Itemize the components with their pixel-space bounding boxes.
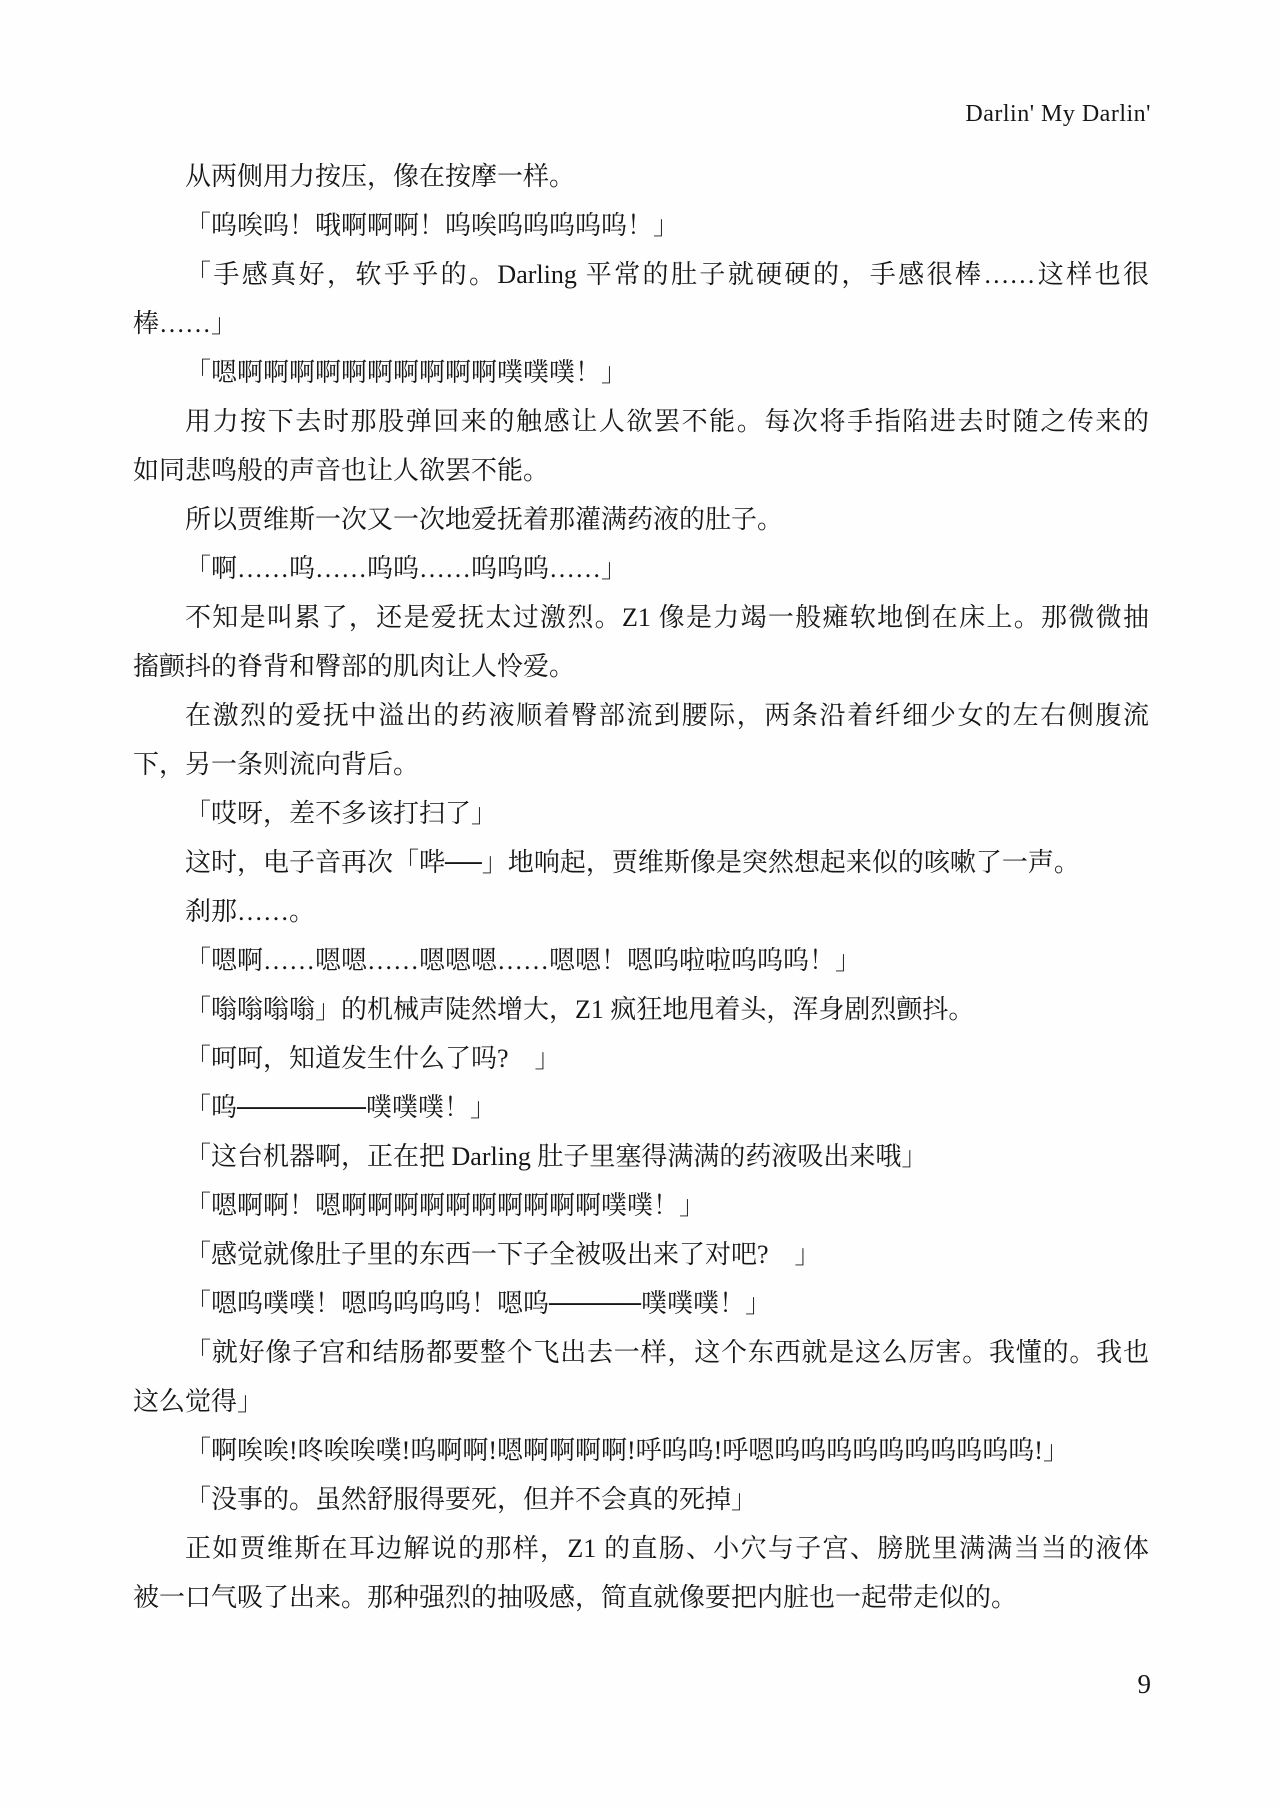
text-line: 搐颤抖的脊背和臀部的肌肉让人怜爱。 [133,642,1149,691]
text-line: 「这台机器啊，正在把 Darling 肚子里塞得满满的药液吸出来哦」 [133,1132,1149,1181]
text-line: 「呵呵，知道发生什么了吗? 」 [133,1034,1149,1083]
text-line: 「就好像子宫和结肠都要整个飞出去一样，这个东西就是这么厉害。我懂的。我也 [133,1328,1149,1377]
text-line: 「呜───────噗噗噗！」 [133,1083,1149,1132]
text-line: 不知是叫累了，还是爱抚太过激烈。Z1 像是力竭一般瘫软地倒在床上。那微微抽 [133,593,1149,642]
text-line: 「嗯啊啊！嗯啊啊啊啊啊啊啊啊啊啊噗噗！」 [133,1181,1149,1230]
text-line: 「手感真好，软乎乎的。Darling 平常的肚子就硬硬的，手感很棒……这样也很 [133,250,1149,299]
text-line: 「啊唉唉!咚唉唉噗!呜啊啊!嗯啊啊啊啊!呼呜呜!呼嗯呜呜呜呜呜呜呜呜呜呜!」 [133,1426,1149,1475]
body-text-block: 从两侧用力按压，像在按摩一样。「呜唉呜！哦啊啊啊！呜唉呜呜呜呜呜！」「手感真好，… [133,152,1149,1622]
text-line: 被一口气吸了出来。那种强烈的抽吸感，简直就像要把内脏也一起带走似的。 [133,1573,1149,1622]
text-line: 「嗯啊啊啊啊啊啊啊啊啊啊噗噗噗！」 [133,348,1149,397]
text-line: 如同悲鸣般的声音也让人欲罢不能。 [133,446,1149,495]
text-line: 「嗯啊……嗯嗯……嗯嗯嗯……嗯嗯！嗯呜啦啦呜呜呜！」 [133,936,1149,985]
text-line: 「嗯呜噗噗！嗯呜呜呜呜！嗯呜─────噗噗噗！」 [133,1279,1149,1328]
book-page: Darlin' My Darlin' 从两侧用力按压，像在按摩一样。「呜唉呜！哦… [0,0,1280,1807]
text-line: 「嗡嗡嗡嗡」的机械声陡然增大，Z1 疯狂地甩着头，浑身剧烈颤抖。 [133,985,1149,1034]
text-line: 棒……」 [133,299,1149,348]
text-line: 这时，电子音再次「哔──」地响起，贾维斯像是突然想起来似的咳嗽了一声。 [133,838,1149,887]
text-line: 「哎呀，差不多该打扫了」 [133,789,1149,838]
text-line: 「啊……呜……呜呜……呜呜呜……」 [133,544,1149,593]
text-line: 这么觉得」 [133,1377,1149,1426]
text-line: 所以贾维斯一次又一次地爱抚着那灌满药液的肚子。 [133,495,1149,544]
page-number: 9 [133,1668,1151,1700]
text-line: 下，另一条则流向背后。 [133,740,1149,789]
text-line: 从两侧用力按压，像在按摩一样。 [133,152,1149,201]
text-line: 正如贾维斯在耳边解说的那样，Z1 的直肠、小穴与子宫、膀胱里满满当当的液体 [133,1524,1149,1573]
text-line: 用力按下去时那股弹回来的触感让人欲罢不能。每次将手指陷进去时随之传来的 [133,397,1149,446]
text-line: 刹那……。 [133,887,1149,936]
text-line: 「感觉就像肚子里的东西一下子全被吸出来了对吧? 」 [133,1230,1149,1279]
text-line: 「没事的。虽然舒服得要死，但并不会真的死掉」 [133,1475,1149,1524]
text-line: 「呜唉呜！哦啊啊啊！呜唉呜呜呜呜呜！」 [133,201,1149,250]
running-header: Darlin' My Darlin' [133,100,1151,128]
text-line: 在激烈的爱抚中溢出的药液顺着臀部流到腰际，两条沿着纤细少女的左右侧腹流 [133,691,1149,740]
